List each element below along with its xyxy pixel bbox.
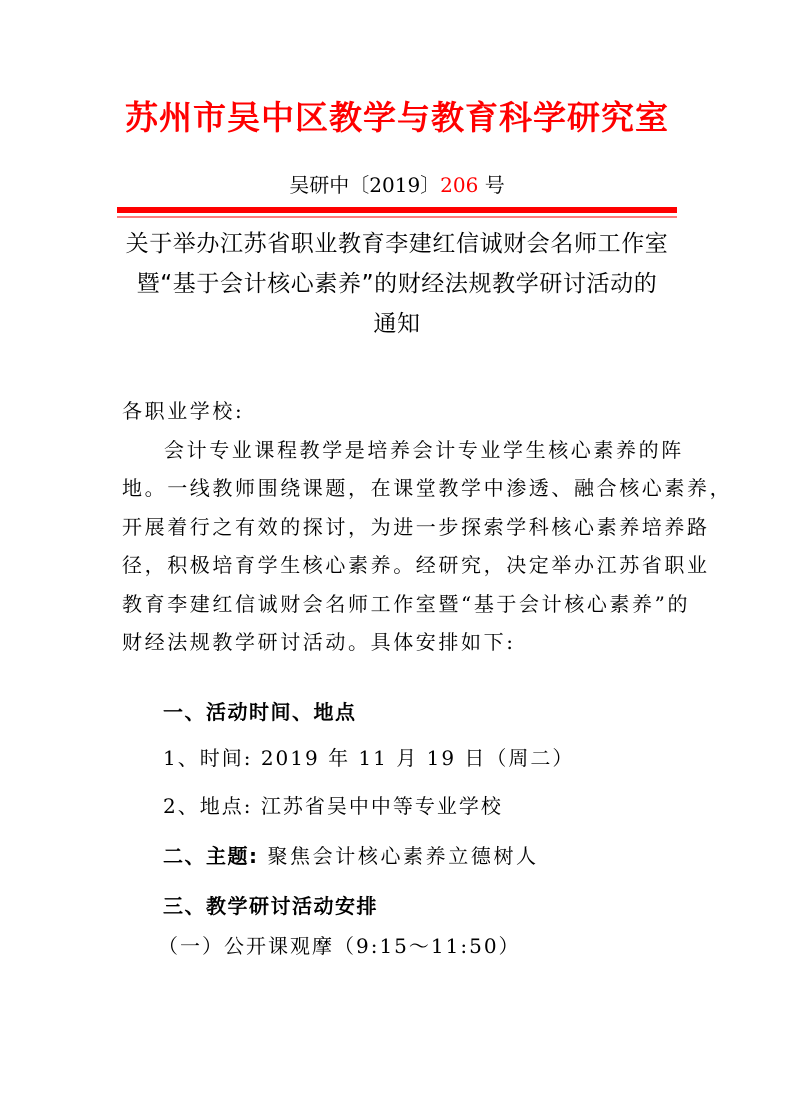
- org-title: 苏州市吴中区教学与教育科学研究室: [0, 96, 794, 140]
- section-1-heading: 一、活动时间、地点: [163, 697, 357, 727]
- section-1-location: 2、地点: 江苏省吴中中等专业学校: [163, 791, 503, 821]
- red-header-rule-thick: [117, 207, 677, 213]
- notice-title: 关于举办江苏省职业教育李建红信诚财会名师工作室 暨“基于会计核心素养”的财经法规…: [110, 224, 684, 344]
- doc-number-prefix: 吴研中〔2019〕: [289, 173, 440, 197]
- doc-number-suffix: 号: [478, 173, 504, 197]
- paragraph-line: 会计专业课程教学是培养会计专业学生核心素养的阵: [122, 431, 682, 470]
- section-3-subsection-1: （一）公开课观摩（9:15～11:50）: [158, 931, 521, 961]
- notice-title-line: 暨“基于会计核心素养”的财经法规教学研讨活动的: [110, 264, 684, 304]
- paragraph-line: 开展着行之有效的探讨，为进一步探索学科核心素养培养路: [122, 508, 682, 547]
- notice-title-line: 关于举办江苏省职业教育李建红信诚财会名师工作室: [110, 224, 684, 264]
- document-page: 苏州市吴中区教学与教育科学研究室 吴研中〔2019〕206 号 关于举办江苏省职…: [0, 0, 794, 1108]
- paragraph-line: 地。一线教师围绕课题，在课堂教学中渗透、融合核心素养，: [122, 469, 682, 508]
- doc-number-value: 206: [440, 173, 478, 197]
- section-2-label: 二、主题:: [163, 844, 259, 868]
- section-3-heading: 三、教学研讨活动安排: [163, 891, 378, 921]
- salutation: 各职业学校:: [122, 392, 682, 431]
- paragraph-line: 教育李建红信诚财会名师工作室暨“基于会计核心素养”的: [122, 585, 682, 624]
- red-header-rule-thin: [117, 216, 677, 218]
- section-2-value: 聚焦会计核心素养立德树人: [259, 844, 539, 868]
- body-text: 各职业学校: 会计专业课程教学是培养会计专业学生核心素养的阵 地。一线教师围绕课…: [122, 392, 682, 662]
- doc-number: 吴研中〔2019〕206 号: [0, 170, 794, 200]
- paragraph-line: 财经法规教学研讨活动。具体安排如下:: [122, 623, 682, 662]
- section-1-time: 1、时间: 2019 年 11 月 19 日（周二）: [163, 743, 574, 773]
- paragraph-line: 径，积极培育学生核心素养。经研究，决定举办江苏省职业: [122, 546, 682, 585]
- notice-title-line: 通知: [110, 304, 684, 344]
- section-2-theme: 二、主题: 聚焦会计核心素养立德树人: [163, 841, 539, 871]
